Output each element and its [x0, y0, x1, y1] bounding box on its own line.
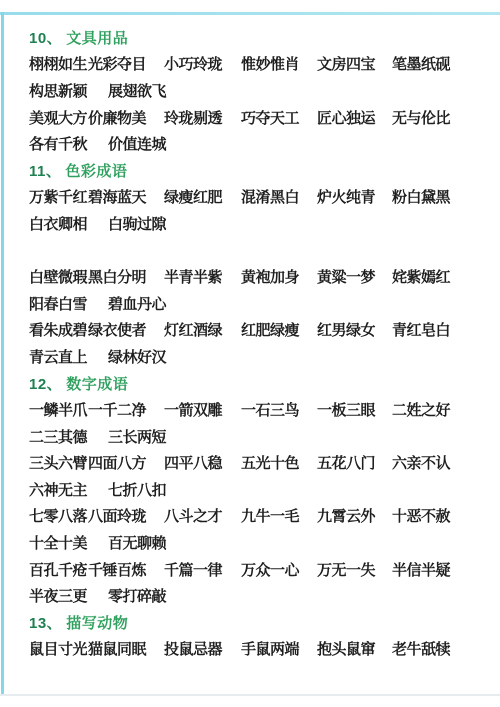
idiom-row: 栩栩如生光彩夺目小巧玲珑惟妙惟肖文房四宝笔墨纸砚 [29, 51, 494, 78]
idiom-row: 万紫千红碧海蓝天绿瘦红肥混淆黑白炉火纯青粉白黛黑 [29, 184, 494, 211]
idiom: 一石三鸟 [241, 399, 317, 420]
section-number: 10、 [29, 27, 62, 48]
idiom-row: 白衣卿相白驹过隙 [29, 210, 494, 237]
idiom: 猫鼠同眠 [88, 638, 164, 659]
idiom: 六亲不认 [392, 452, 450, 473]
idiom: 黑白分明 [88, 266, 164, 287]
idiom: 碧海蓝天 [88, 186, 164, 207]
idiom: 展翅欲飞 [108, 80, 166, 101]
left-border-line [1, 12, 4, 694]
idiom: 构思新颖 [29, 80, 108, 101]
empty-line [29, 237, 494, 264]
idiom: 无与伦比 [392, 107, 450, 128]
idiom: 一板三眼 [317, 399, 392, 420]
idiom-row: 看朱成碧绿衣使者灯红酒绿红肥绿瘦红男绿女青红皂白 [29, 317, 494, 344]
section-heading: 10、文具用品 [29, 24, 494, 51]
idiom: 二三其德 [29, 426, 108, 447]
idiom: 万紫千红 [29, 186, 88, 207]
idiom: 惟妙惟肖 [241, 53, 317, 74]
idiom: 美观大方 [29, 107, 88, 128]
section-heading: 11、色彩成语 [29, 157, 494, 184]
idiom-row: 一鳞半爪一千二净一箭双雕一石三鸟一板三眼二姓之好 [29, 396, 494, 423]
idiom: 十全十美 [29, 532, 108, 553]
idiom: 巧夺天工 [241, 107, 317, 128]
idiom: 五花八门 [317, 452, 392, 473]
idiom: 姹紫嫣红 [392, 266, 450, 287]
bottom-border-line [0, 694, 500, 696]
idiom: 千篇一律 [164, 559, 241, 580]
idiom: 八斗之才 [164, 505, 241, 526]
idiom: 炉火纯青 [317, 186, 392, 207]
idiom: 七零八落 [29, 505, 88, 526]
idiom-row: 半夜三更零打碎敲 [29, 582, 494, 609]
section-heading: 13、描写动物 [29, 609, 494, 636]
idiom-row: 百孔千疮千锤百炼千篇一律万众一心万无一失半信半疑 [29, 556, 494, 583]
idiom: 红男绿女 [317, 319, 392, 340]
idiom: 文房四宝 [317, 53, 392, 74]
idiom-row: 美观大方价廉物美玲珑剔透巧夺天工匠心独运无与伦比 [29, 104, 494, 131]
idiom: 十恶不赦 [392, 505, 450, 526]
idiom: 混淆黑白 [241, 186, 317, 207]
idiom-row: 三头六臂四面八方四平八稳五光十色五花八门六亲不认 [29, 450, 494, 477]
idiom-row: 构思新颖展翅欲飞 [29, 77, 494, 104]
idiom: 手鼠两端 [241, 638, 317, 659]
idiom: 鼠目寸光 [29, 638, 88, 659]
idiom: 光彩夺目 [88, 53, 164, 74]
idiom: 一箭双雕 [164, 399, 241, 420]
idiom: 价值连城 [108, 133, 166, 154]
idiom-row: 七零八落八面玲珑八斗之才九牛一毛九霄云外十恶不赦 [29, 503, 494, 530]
idiom: 灯红酒绿 [164, 319, 241, 340]
top-border-line [0, 12, 500, 15]
idiom: 九霄云外 [317, 505, 392, 526]
section-title: 描写动物 [66, 612, 128, 633]
idiom-row: 青云直上绿林好汉 [29, 343, 494, 370]
idiom: 价廉物美 [88, 107, 164, 128]
idiom: 黄袍加身 [241, 266, 317, 287]
idiom: 阳春白雪 [29, 293, 108, 314]
idiom: 九牛一毛 [241, 505, 317, 526]
section-title: 色彩成语 [65, 160, 127, 181]
section-title: 文具用品 [66, 27, 128, 48]
idiom: 三长两短 [108, 426, 166, 447]
idiom: 绿瘦红肥 [164, 186, 241, 207]
idiom: 万无一失 [317, 559, 392, 580]
idiom: 碧血丹心 [108, 293, 166, 314]
idiom: 笔墨纸砚 [392, 53, 450, 74]
section-number: 12、 [29, 373, 62, 394]
idiom: 各有千秋 [29, 133, 108, 154]
idiom: 红肥绿瘦 [241, 319, 317, 340]
idiom: 半夜三更 [29, 585, 108, 606]
idiom: 五光十色 [241, 452, 317, 473]
idiom: 绿林好汉 [108, 346, 166, 367]
idiom: 小巧玲珑 [164, 53, 241, 74]
idiom-row: 阳春白雪碧血丹心 [29, 290, 494, 317]
document-page: 10、文具用品栩栩如生光彩夺目小巧玲珑惟妙惟肖文房四宝笔墨纸砚构思新颖展翅欲飞美… [0, 0, 500, 707]
idiom-row: 二三其德三长两短 [29, 423, 494, 450]
section-heading: 12、数字成语 [29, 370, 494, 397]
idiom: 零打碎敲 [108, 585, 166, 606]
section-title: 数字成语 [66, 373, 128, 394]
idiom: 百无聊赖 [108, 532, 166, 553]
idiom: 万众一心 [241, 559, 317, 580]
idiom: 百孔千疮 [29, 559, 88, 580]
idiom: 看朱成碧 [29, 319, 88, 340]
idiom: 玲珑剔透 [164, 107, 241, 128]
idiom-list-content: 10、文具用品栩栩如生光彩夺目小巧玲珑惟妙惟肖文房四宝笔墨纸砚构思新颖展翅欲飞美… [29, 24, 494, 662]
idiom: 白衣卿相 [29, 213, 108, 234]
idiom: 二姓之好 [392, 399, 450, 420]
idiom: 栩栩如生 [29, 53, 88, 74]
idiom: 白壁微瑕 [29, 266, 88, 287]
idiom: 青云直上 [29, 346, 108, 367]
idiom-row: 十全十美百无聊赖 [29, 529, 494, 556]
idiom: 绿衣使者 [88, 319, 164, 340]
idiom: 四平八稳 [164, 452, 241, 473]
section-number: 11、 [29, 160, 61, 181]
idiom: 老牛舐犊 [392, 638, 450, 659]
idiom: 三头六臂 [29, 452, 88, 473]
idiom: 黄粱一梦 [317, 266, 392, 287]
idiom: 半信半疑 [392, 559, 450, 580]
idiom: 一鳞半爪 [29, 399, 88, 420]
idiom: 半青半紫 [164, 266, 241, 287]
idiom-row: 各有千秋价值连城 [29, 130, 494, 157]
section-number: 13、 [29, 612, 62, 633]
idiom-row: 六神无主七折八扣 [29, 476, 494, 503]
idiom: 投鼠忌器 [164, 638, 241, 659]
idiom: 四面八方 [88, 452, 164, 473]
idiom: 八面玲珑 [88, 505, 164, 526]
idiom: 千锤百炼 [88, 559, 164, 580]
idiom: 一千二净 [88, 399, 164, 420]
idiom: 七折八扣 [108, 479, 166, 500]
idiom: 抱头鼠窜 [317, 638, 392, 659]
idiom: 匠心独运 [317, 107, 392, 128]
idiom: 六神无主 [29, 479, 108, 500]
idiom-row: 鼠目寸光猫鼠同眠投鼠忌器手鼠两端抱头鼠窜老牛舐犊 [29, 636, 494, 663]
idiom: 粉白黛黑 [392, 186, 450, 207]
idiom: 青红皂白 [392, 319, 450, 340]
idiom-row: 白壁微瑕黑白分明半青半紫黄袍加身黄粱一梦姹紫嫣红 [29, 263, 494, 290]
idiom: 白驹过隙 [108, 213, 166, 234]
